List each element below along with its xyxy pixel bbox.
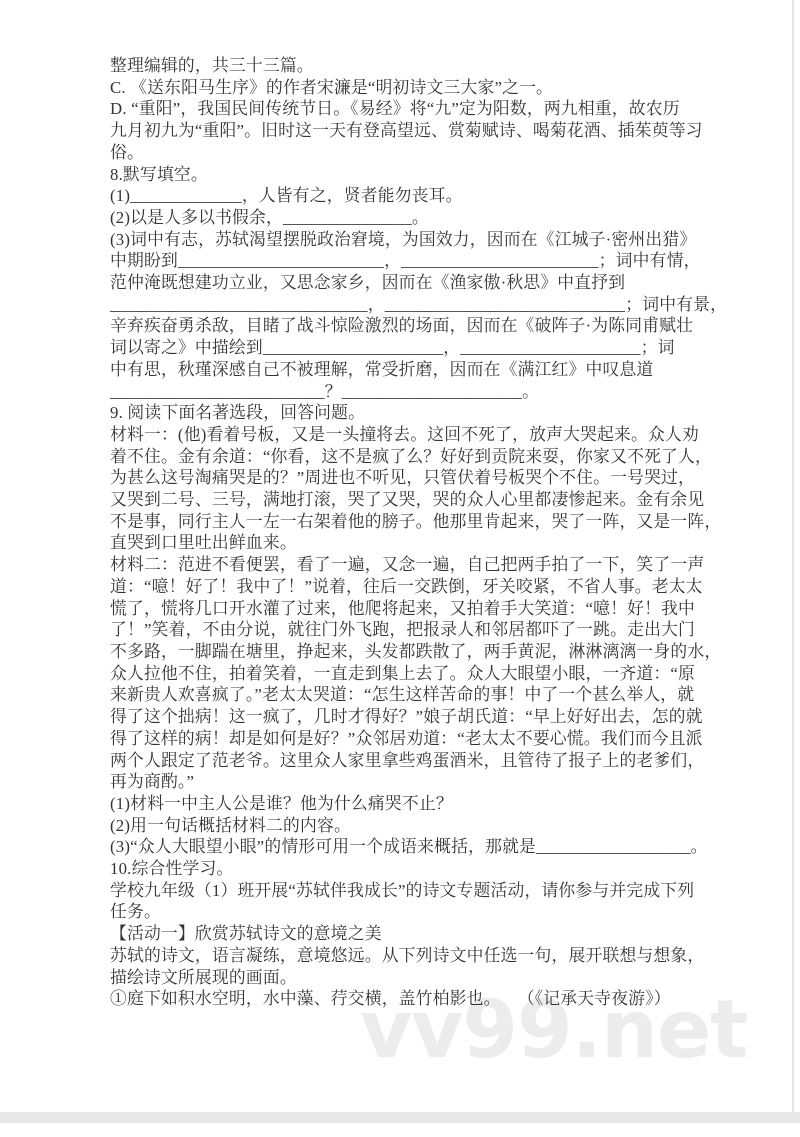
document-line: 为甚么这号淘痛哭是的？”周进也不听见，只管伏着号板哭个不住。一号哭过， bbox=[110, 467, 710, 489]
document-line: 再为商酌。” bbox=[110, 771, 710, 793]
document-line: 整理编辑的，共三十三篇。 bbox=[110, 55, 710, 77]
document-line: 得了这个拙病！这一疯了，几时才得好？”娘子胡氏道：“早上好好出去，怎的就 bbox=[110, 706, 710, 728]
document-line: 材料一：(他)看着号板，又是一头撞将去。这回不死了，放声大哭起来。众人劝 bbox=[110, 424, 710, 446]
document-line: 苏轼的诗文，语言凝练，意境悠远。从下列诗文中任选一句，展开联想与想象， bbox=[110, 945, 710, 967]
document-line: 直哭到口里吐出鲜血来。 bbox=[110, 532, 710, 554]
document-line: 范仲淹既想建功立业，又思念家乡，因而在《渔家傲·秋思》中直抒到 bbox=[110, 272, 710, 294]
document-line: 8.默写填空。 bbox=[110, 164, 710, 186]
document-line: 众人拉他不住，拍着笑着，一直走到集上去了。众人大眼望小眼，一齐道：“原 bbox=[110, 663, 710, 685]
document-line: _________________________？______________… bbox=[110, 381, 710, 403]
document-line: 中有思，秋瑾深感自己不被理解，常受折磨，因而在《满江红》中叹息道 bbox=[110, 359, 710, 381]
document-line: 又哭到二号、三号，满地打滚，哭了又哭，哭的众人心里都凄惨起来。金有余见 bbox=[110, 489, 710, 511]
document-line: 任务。 bbox=[110, 901, 710, 923]
document-line: (3)“众人大眼望小眼”的情形可用一个成语来概括，那就是____________… bbox=[110, 836, 710, 858]
document-line: 九月初九为“重阳”。旧时这一天有登高望远、赏菊赋诗、喝菊花酒、插茱萸等习 bbox=[110, 120, 710, 142]
document-line: 中期盼到________________________，___________… bbox=[110, 250, 710, 272]
document-line: ______________________________，_________… bbox=[110, 294, 710, 316]
document-line: 词以寄之》中描绘到_____________________，_________… bbox=[110, 337, 710, 359]
document-line: 道：“噫！好了！我中了！”说着，往后一交跌倒，牙关咬紧，不省人事。老太太 bbox=[110, 576, 710, 598]
document-body-text: 整理编辑的，共三十三篇。C. 《送东阳马生序》的作者宋濂是“明初诗文三大家”之一… bbox=[110, 55, 710, 1010]
document-line: 得了这样的病！却是如何是好？”众邻居劝道：“老太太不要心慌。我们而今且派 bbox=[110, 728, 710, 750]
document-line: (1)_____________，人皆有之，贤者能勿丧耳。 bbox=[110, 185, 710, 207]
document-page: vv99.net 整理编辑的，共三十三篇。C. 《送东阳马生序》的作者宋濂是“明… bbox=[0, 0, 800, 1137]
document-line: 学校九年级（1）班开展“苏轼伴我成长”的诗文专题活动，请你参与并完成下列 bbox=[110, 880, 710, 902]
document-line: 9. 阅读下面名著选段，回答问题。 bbox=[110, 402, 710, 424]
document-line: 来新贵人欢喜疯了。”老太太哭道：“怎生这样苦命的事！中了一个甚么举人，就 bbox=[110, 684, 710, 706]
document-line: 慌了，慌将几口开水灌了过来，他爬将起来，又拍着手大笑道：“噫！好！我中 bbox=[110, 598, 710, 620]
document-line: 不是事，同行主人一左一右架着他的膀子。他那里肯起来，哭了一阵，又是一阵， bbox=[110, 511, 710, 533]
document-line: 10.综合性学习。 bbox=[110, 858, 710, 880]
document-line: 俗。 bbox=[110, 142, 710, 164]
page-separator bbox=[0, 1112, 800, 1123]
document-line: 辛弃疾奋勇杀敌，目睹了战斗惊险激烈的场面，因而在《破阵子·为陈同甫赋壮 bbox=[110, 315, 710, 337]
document-line: (3)词中有志，苏轼渴望摆脱政治窘境，为国效力，因而在《江城子·密州出猎》 bbox=[110, 229, 710, 251]
document-line: 材料二：范进不看便罢，看了一遍，又念一遍，自己把两手拍了一下，笑了一声 bbox=[110, 554, 710, 576]
document-line: D. “重阳”，我国民间传统节日。《易经》将“九”定为阳数，两九相重，故农历 bbox=[110, 98, 710, 120]
document-line: 描绘诗文所展现的画面。 bbox=[110, 967, 710, 989]
document-line: (2)用一句话概括材料二的内容。 bbox=[110, 815, 710, 837]
document-line: 【活动一】欣赏苏轼诗文的意境之美 bbox=[110, 923, 710, 945]
document-line: (2)以是人多以书假余，_______________。 bbox=[110, 207, 710, 229]
document-line: C. 《送东阳马生序》的作者宋濂是“明初诗文三大家”之一。 bbox=[110, 77, 710, 99]
document-line: 不多路，一脚踹在塘里，挣起来，头发都跌散了，两手黄泥，淋淋漓漓一身的水， bbox=[110, 641, 710, 663]
page-right-edge bbox=[792, 0, 794, 1112]
document-line: 两个人跟定了范老爷。这里众人家里拿些鸡蛋酒米，且管待了报子上的老爹们， bbox=[110, 750, 710, 772]
document-line: 了！”笑着，不由分说，就往门外飞跑，把报录人和邻居都吓了一跳。走出大门 bbox=[110, 619, 710, 641]
document-line: ①庭下如积水空明，水中藻、荇交横，盖竹柏影也。 （《记承天寺夜游》） bbox=[110, 988, 710, 1010]
document-line: (1)材料一中主人公是谁？他为什么痛哭不止？ bbox=[110, 793, 710, 815]
document-line: 着不住。金有余道：“你看，这不是疯了么？好好到贡院来耍，你家又不死了人， bbox=[110, 446, 710, 468]
